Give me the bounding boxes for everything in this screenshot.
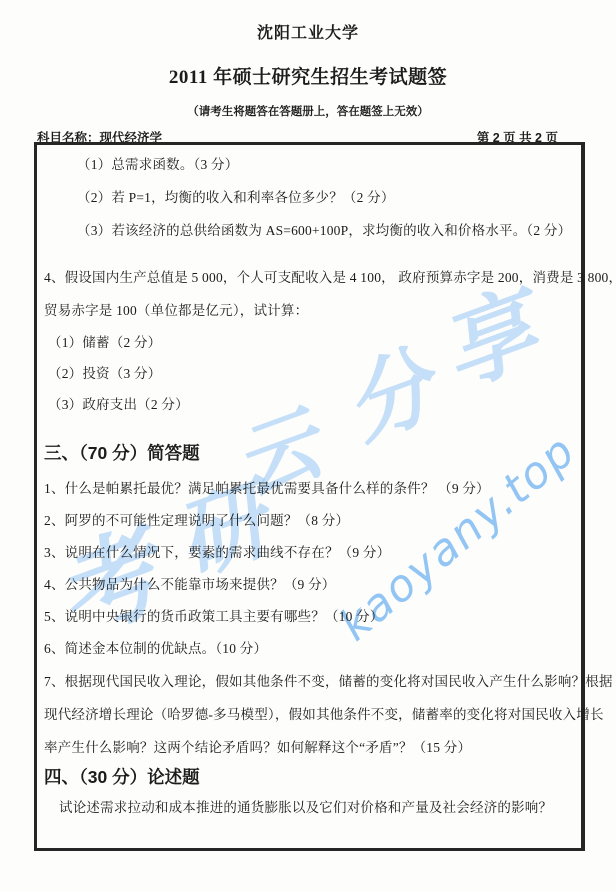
q4-subitem-1: （1）储蓄（2 分） — [44, 327, 575, 358]
exam-header: 沈阳工业大学 2011 年硕士研究生招生考试题签 （请考生将题答在答题册上，答在… — [0, 20, 616, 146]
exam-notice: （请考生将题答在答题册上，答在题签上无效） — [0, 103, 616, 119]
section3-item-7-line-2: 现代经济增长理论（哈罗德-多马模型），假如其他条件不变，储蓄率的变化将对国民收入… — [44, 698, 575, 731]
section3-item-5: 5、说明中央银行的货币政策工具主要有哪些？（10 分） — [44, 601, 575, 633]
q3-subitem-2: （2）若 P=1，均衡的收入和利率各位多少？（2 分） — [44, 181, 575, 214]
q4-subitem-2: （2）投资（3 分） — [44, 358, 575, 389]
q4-stem-line-2: 贸易赤字是 100（单位都是亿元），试计算： — [44, 294, 575, 327]
section3-item-2: 2、阿罗的不可能性定理说明了什么问题？（8 分） — [44, 505, 575, 537]
q3-subitem-1: （1）总需求函数。（3 分） — [44, 148, 575, 181]
q3-subitem-3: （3）若该经济的总供给函数为 AS=600+100P，求均衡的收入和价格水平。（… — [44, 214, 575, 247]
section3-item-7-line-3: 率产生什么影响？这两个结论矛盾吗？如何解释这个“矛盾”？（15 分） — [44, 731, 575, 764]
q4-subitem-3: （3）政府支出（2 分） — [44, 389, 575, 420]
section3-item-4: 4、公共物品为什么不能靠市场来提供？（9 分） — [44, 569, 575, 601]
section4-item: 试论述需求拉动和成本推进的通货膨胀以及它们对价格和产量及社会经济的影响？ — [44, 791, 575, 824]
exam-title: 2011 年硕士研究生招生考试题签 — [0, 62, 616, 89]
section4-heading: 四、（30 分）论述题 — [44, 764, 575, 791]
section3-item-3: 3、说明在什么情况下，要素的需求曲线不存在？（9 分） — [44, 537, 575, 569]
question-box: （1）总需求函数。（3 分） （2）若 P=1，均衡的收入和利率各位多少？（2 … — [34, 142, 585, 851]
section3-item-7-line-1: 7、根据现代国民收入理论，假如其他条件不变，储蓄的变化将对国民收入产生什么影响？… — [44, 665, 575, 698]
q4-stem-line-1: 4、假设国内生产总值是 5 000，个人可支配收入是 4 100， 政府预算赤字… — [44, 261, 575, 294]
section3-item-6: 6、简述金本位制的优缺点。（10 分） — [44, 633, 575, 665]
section3-heading: 三、（70 分）简答题 — [44, 433, 575, 473]
exam-paper-page: 考 研 云 分 享 kaoyany.top 沈阳工业大学 2011 年硕士研究生… — [0, 0, 616, 892]
section3-item-1: 1、什么是帕累托最优？满足帕累托最优需要具备什么样的条件？ （9 分） — [44, 473, 575, 505]
university-name: 沈阳工业大学 — [0, 20, 616, 43]
